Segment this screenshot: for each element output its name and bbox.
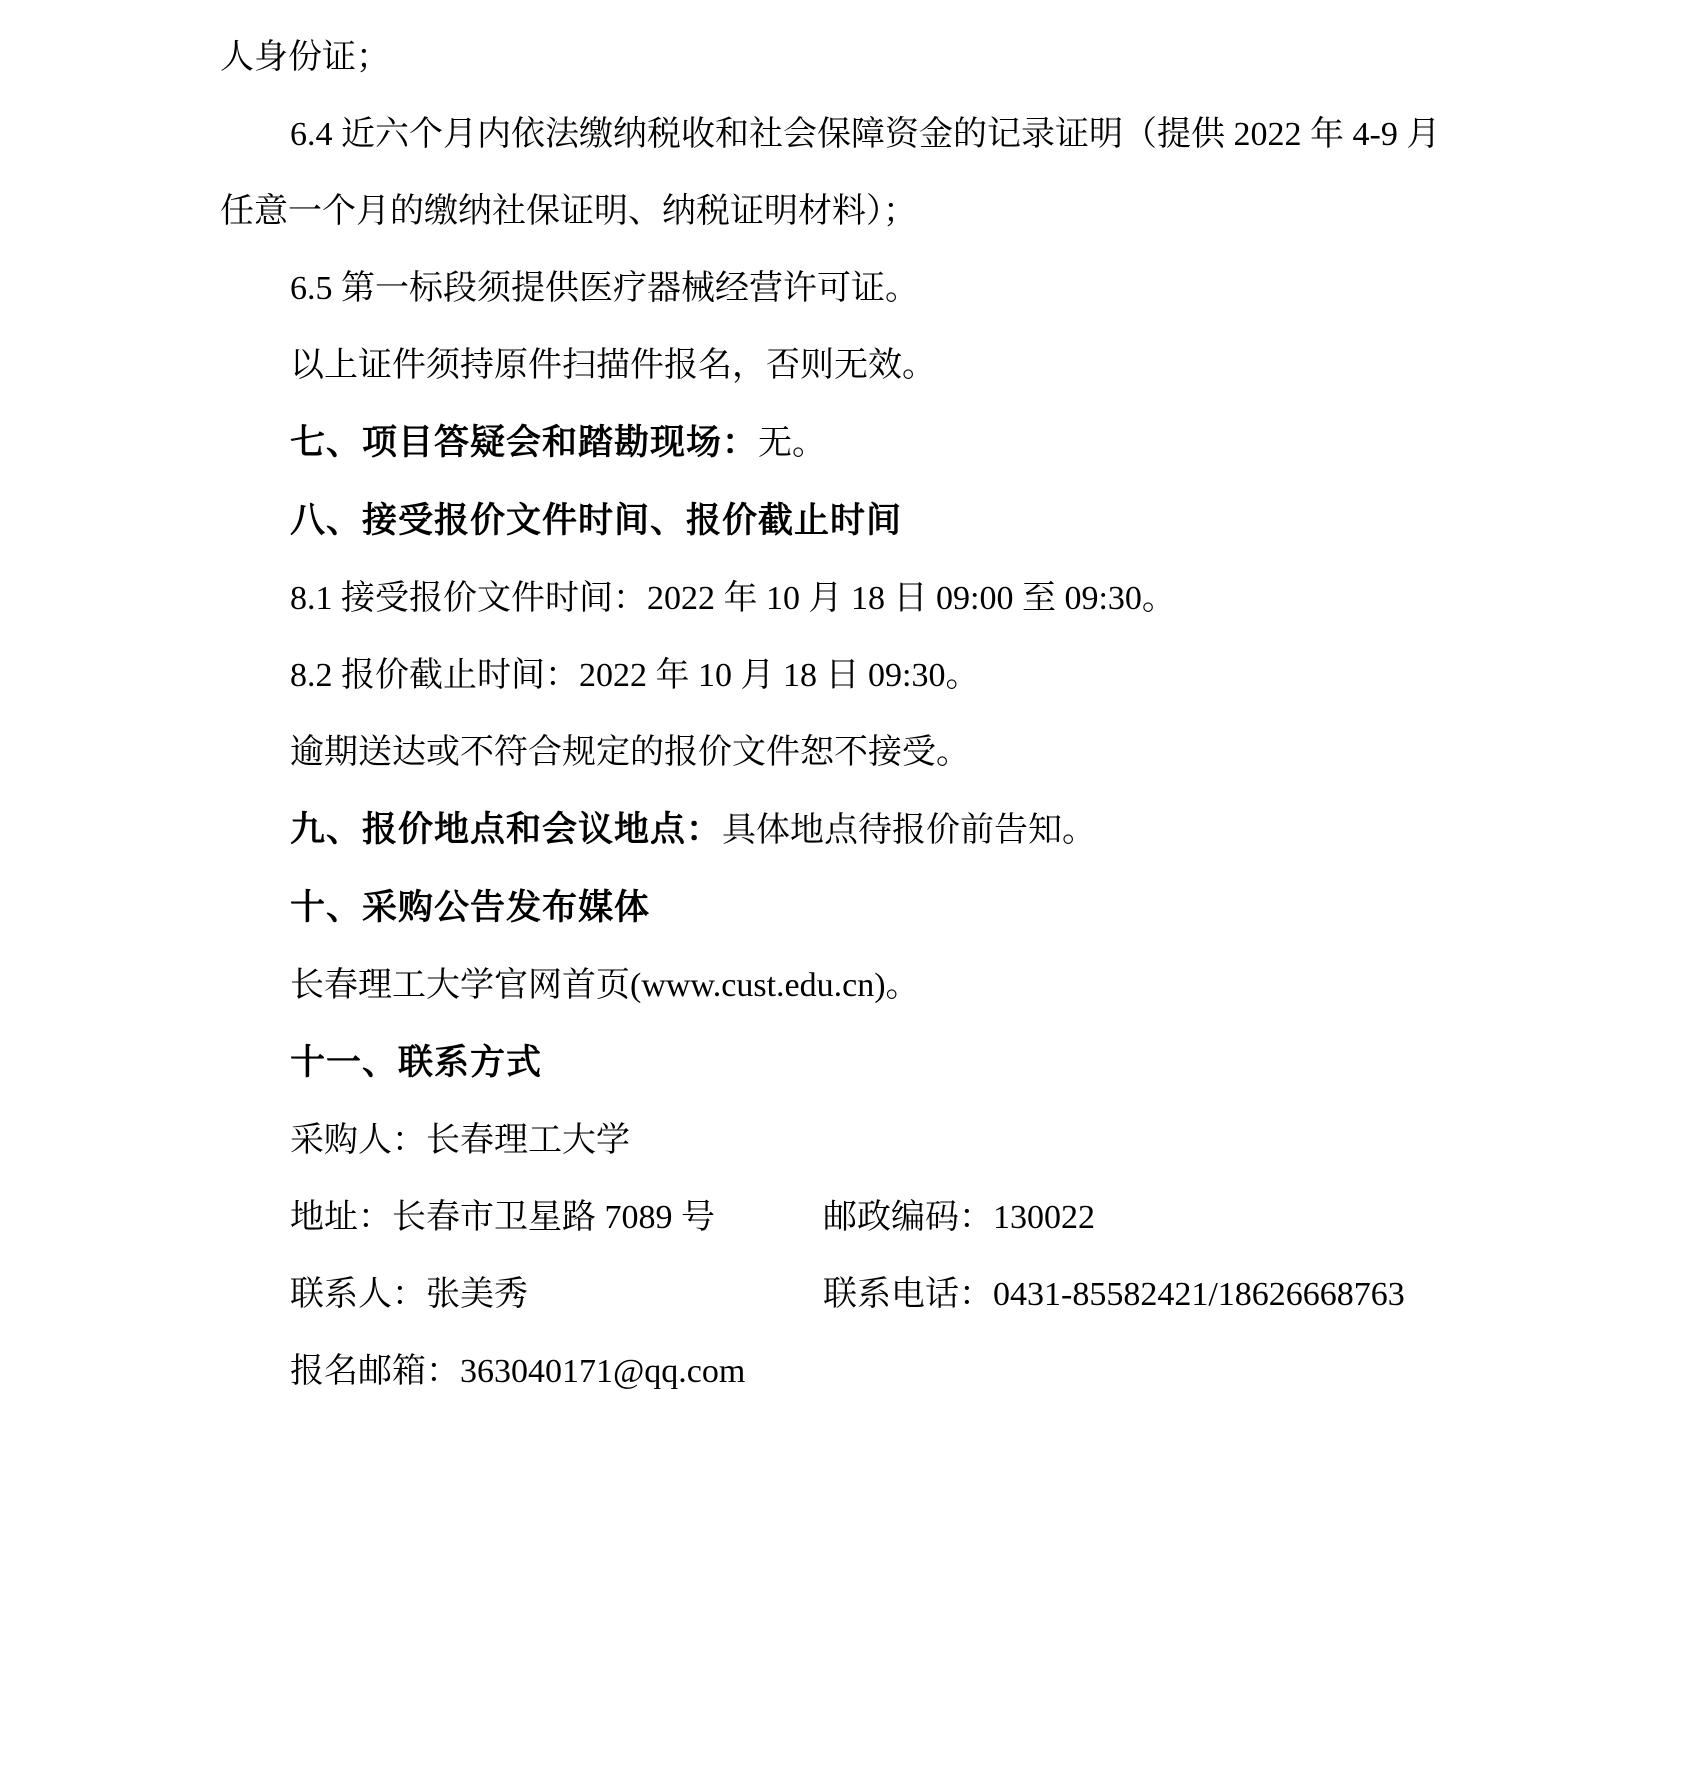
section-heading: 七、项目答疑会和踏勘现场：	[290, 423, 758, 462]
body-text: 具体地点待报价前告知。	[722, 812, 1096, 849]
body-text: 长春理工大学官网首页(www.cust.edu.cn)。	[290, 967, 920, 1004]
body-text: 6.5 第一标段须提供医疗器械经营许可证。	[290, 270, 919, 307]
section-heading: 十、采购公告发布媒体	[290, 888, 650, 927]
line-contact-person-phone: 联系人：张美秀联系电话：0431-85582421/18626668763	[220, 1259, 1470, 1336]
section-heading: 八、接受报价文件时间、报价截止时间	[290, 501, 902, 540]
address-text: 地址：长春市卫星路 7089 号	[290, 1182, 823, 1253]
line-section-9-location: 九、报价地点和会议地点：具体地点待报价前告知。	[220, 794, 1470, 872]
body-text: 6.4 近六个月内依法缴纳税收和社会保障资金的记录证明（提供 2022 年 4-…	[290, 116, 1440, 153]
line-id-card-continuation: 人身份证；	[220, 22, 1470, 99]
line-clause-8-1: 8.1 接受报价文件时间：2022 年 10 月 18 日 09:00 至 09…	[220, 563, 1470, 640]
document-page: 人身份证； 6.4 近六个月内依法缴纳税收和社会保障资金的记录证明（提供 202…	[0, 0, 1690, 1778]
section-heading: 九、报价地点和会议地点：	[290, 810, 722, 849]
line-section-7-qa-site-visit: 七、项目答疑会和踏勘现场：无。	[220, 407, 1470, 485]
body-text: 人身份证；	[220, 39, 390, 76]
line-late-submission-note: 逾期送达或不符合规定的报价文件恕不接受。	[220, 717, 1470, 794]
line-section-11-contact-heading: 十一、联系方式	[220, 1027, 1470, 1105]
line-official-website: 长春理工大学官网首页(www.cust.edu.cn)。	[220, 950, 1470, 1027]
line-original-scan-note: 以上证件须持原件扫描件报名，否则无效。	[220, 330, 1470, 407]
body-text: 8.2 报价截止时间：2022 年 10 月 18 日 09:30。	[290, 657, 979, 694]
line-section-8-quote-deadline-heading: 八、接受报价文件时间、报价截止时间	[220, 485, 1470, 563]
postcode-text: 邮政编码：130022	[823, 1199, 1095, 1236]
line-purchaser: 采购人：长春理工大学	[220, 1105, 1470, 1182]
section-heading: 十一、联系方式	[290, 1043, 542, 1082]
body-text: 逾期送达或不符合规定的报价文件恕不接受。	[290, 734, 970, 771]
line-registration-email: 报名邮箱：363040171@qq.com	[220, 1336, 1470, 1413]
email-text: 报名邮箱：363040171@qq.com	[290, 1353, 745, 1390]
body-text: 8.1 接受报价文件时间：2022 年 10 月 18 日 09:00 至 09…	[290, 580, 1176, 617]
line-clause-6-4: 6.4 近六个月内依法缴纳税收和社会保障资金的记录证明（提供 2022 年 4-…	[220, 99, 1470, 176]
document-body: 人身份证； 6.4 近六个月内依法缴纳税收和社会保障资金的记录证明（提供 202…	[220, 22, 1470, 1413]
contact-person-text: 联系人：张美秀	[290, 1259, 823, 1330]
contact-phone-text: 联系电话：0431-85582421/18626668763	[823, 1276, 1405, 1313]
line-address-postcode: 地址：长春市卫星路 7089 号邮政编码：130022	[220, 1182, 1470, 1259]
line-section-10-media-heading: 十、采购公告发布媒体	[220, 872, 1470, 950]
line-clause-6-4-continuation: 任意一个月的缴纳社保证明、纳税证明材料）；	[220, 176, 1470, 253]
line-clause-8-2: 8.2 报价截止时间：2022 年 10 月 18 日 09:30。	[220, 640, 1470, 717]
body-text: 任意一个月的缴纳社保证明、纳税证明材料）；	[220, 193, 917, 230]
line-clause-6-5: 6.5 第一标段须提供医疗器械经营许可证。	[220, 253, 1470, 330]
body-text: 采购人：长春理工大学	[290, 1122, 630, 1159]
body-text: 无。	[758, 425, 826, 462]
body-text: 以上证件须持原件扫描件报名，否则无效。	[290, 347, 936, 384]
